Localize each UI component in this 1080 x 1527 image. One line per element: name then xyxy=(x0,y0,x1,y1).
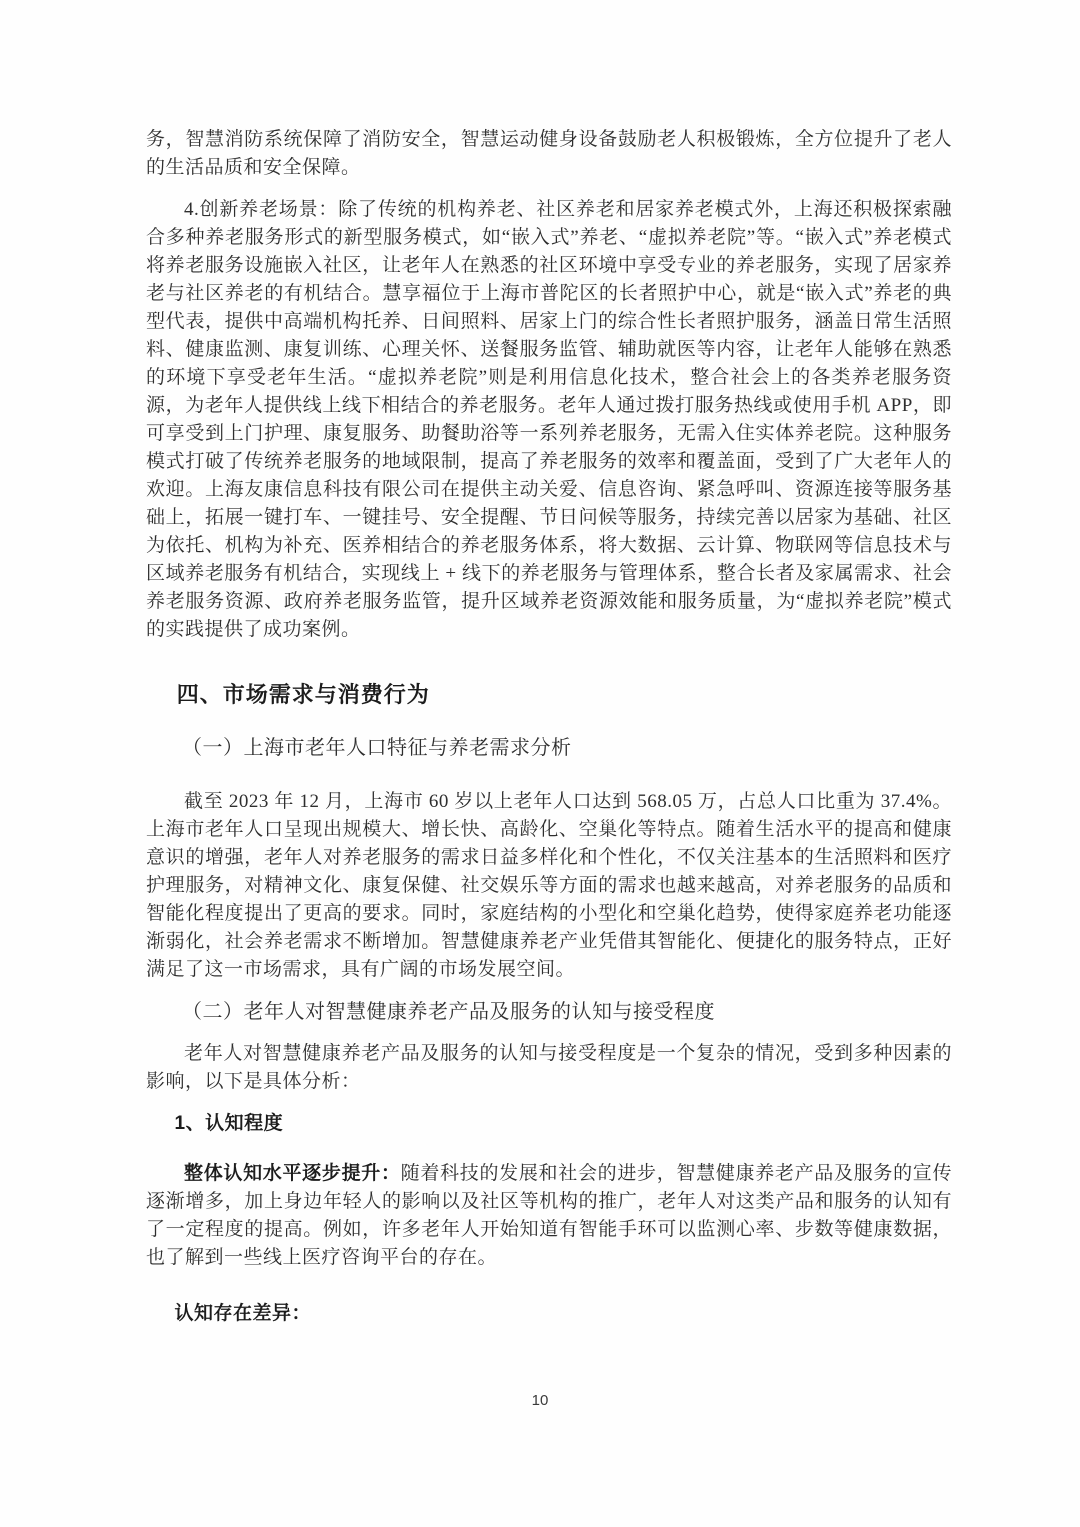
heading-cognition-difference: 认知存在差异： xyxy=(146,1300,952,1328)
paragraph-innovation-scenarios: 4.创新养老场景：除了传统的机构养老、社区养老和居家养老模式外，上海还积极探索融… xyxy=(146,196,952,644)
paragraph-continuation: 务，智慧消防系统保障了消防安全，智慧运动健身设备鼓励老人积极锻炼，全方位提升了老… xyxy=(146,126,952,182)
section-heading-market-demand: 四、市场需求与消费行为 xyxy=(146,680,952,710)
page-number: 10 xyxy=(0,1392,1080,1409)
paragraph-cognition-intro: 老年人对智慧健康养老产品及服务的认知与接受程度是一个复杂的情况，受到多种因素的影… xyxy=(146,1040,952,1096)
heading-cognition-level: 1、认知程度 xyxy=(146,1110,952,1138)
sub-heading-elderly-population-analysis: （一）上海市老年人口特征与养老需求分析 xyxy=(146,734,952,762)
document-page: 务，智慧消防系统保障了消防安全，智慧运动健身设备鼓励老人积极锻炼，全方位提升了老… xyxy=(0,0,1080,1527)
document-content: 务，智慧消防系统保障了消防安全，智慧运动健身设备鼓励老人积极锻炼，全方位提升了老… xyxy=(146,126,952,1350)
sub-heading-cognition-acceptance: （二）老年人对智慧健康养老产品及服务的认知与接受程度 xyxy=(146,998,952,1026)
overall-cognition-lead: 整体认知水平逐步提升： xyxy=(184,1163,401,1184)
paragraph-overall-cognition: 整体认知水平逐步提升：随着科技的发展和社会的进步，智慧健康养老产品及服务的宣传逐… xyxy=(146,1160,952,1272)
paragraph-demographics: 截至 2023 年 12 月，上海市 60 岁以上老年人口达到 568.05 万… xyxy=(146,788,952,984)
